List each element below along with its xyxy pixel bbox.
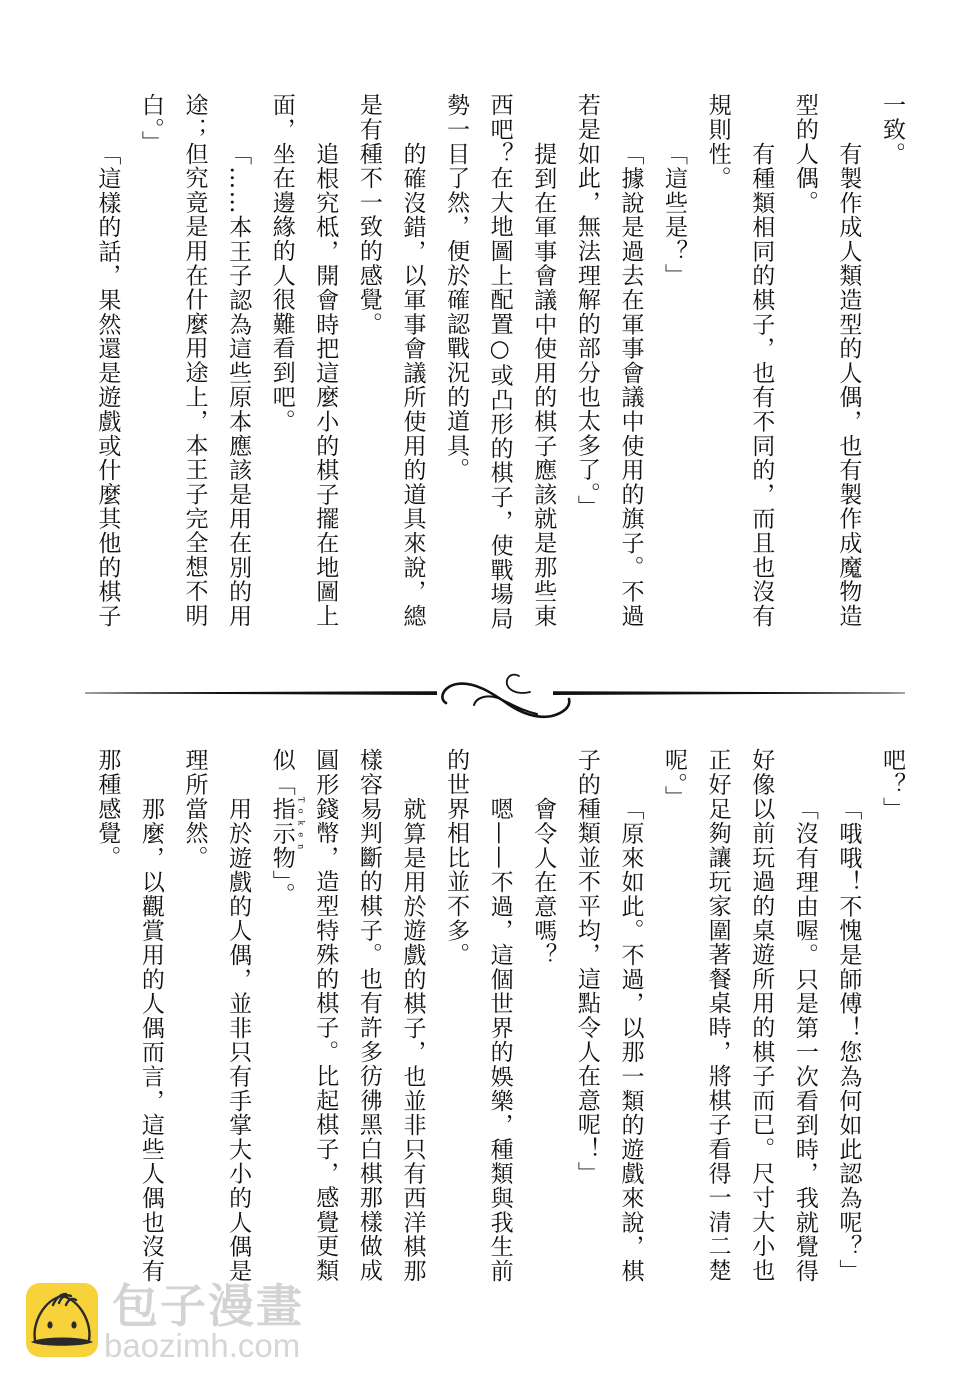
text-column: 追根究柢，開會時把這麼小的棋子擺在地圖上 xyxy=(303,93,347,628)
text-column: 若是如此，無法理解的部分也太多了。」 xyxy=(564,93,608,628)
text-column: 白。」 xyxy=(128,93,172,628)
text-column: 的確沒錯，以軍事會議所使用的道具來說，總 xyxy=(390,93,434,628)
text-column: 面，坐在邊緣的人很難看到吧。 xyxy=(259,93,303,628)
watermark-brand-name: 包子漫畫 xyxy=(112,1280,304,1332)
text-column: 呢。」 xyxy=(651,748,695,1283)
text-column: 「據說是過去在軍事會議中使用的旗子。不過 xyxy=(608,93,652,628)
text-column: 好像以前玩過的桌遊所用的棋子而已。尺寸大小也 xyxy=(739,748,783,1283)
text-column: 有製作成人類造型的人偶，也有製作成魔物造 xyxy=(826,93,870,628)
text-column: 提到在軍事會議中使用的棋子應該就是那些東 xyxy=(521,93,565,628)
text-column: 一致。 xyxy=(869,93,913,628)
ruby-base: 指示物 xyxy=(269,797,295,870)
text-column: 規則性。 xyxy=(695,93,739,628)
text-column: 正好足夠讓玩家圍著餐桌時，將棋子看得一清二楚 xyxy=(695,748,739,1283)
text-column: 途；但究竟是用在什麼用途上，本王子完全想不明 xyxy=(172,93,216,628)
text-segment: 」。 xyxy=(269,870,295,907)
text-column: 型的人偶。 xyxy=(782,93,826,628)
text-column: 理所當然。 xyxy=(172,748,216,1283)
ruby-text: Token xyxy=(297,797,305,869)
text-block-bottom: 吧？」 「哦哦！不愧是師傅！您為何如此認為呢？」 「沒有理由喔。只是第一次看到時… xyxy=(84,748,913,1283)
steamed-bun-icon xyxy=(26,1283,98,1357)
text-column: 是有種不一致的感覺。 xyxy=(346,93,390,628)
text-segment: 似「 xyxy=(269,748,295,797)
flourish-ornament-icon xyxy=(442,675,569,717)
text-column: 圓形錢幣，造型特殊的棋子。比起棋子，感覺更類 xyxy=(303,748,347,1283)
text-column: 「這樣的話，果然還是遊戲或什麼其他的棋子 xyxy=(85,93,129,628)
text-column: 用於遊戲的人偶，並非只有手掌大小的人偶是 xyxy=(216,748,260,1283)
text-column: 「哦哦！不愧是師傅！您為何如此認為呢？」 xyxy=(826,748,870,1283)
text-block-top: 一致。 有製作成人類造型的人偶，也有製作成魔物造 型的人偶。 有種類相同的棋子，… xyxy=(84,93,913,628)
text-column: 勢一目了然，便於確認戰況的道具。 xyxy=(433,93,477,628)
text-column: 會令人在意嗎？ xyxy=(521,748,565,1283)
divider-line-right xyxy=(553,691,905,695)
text-column: 吧？」 xyxy=(869,748,913,1283)
ruby-annotation: 指示物Token xyxy=(269,797,295,870)
text-column: 「……本王子認為這些原本應該是用在別的用 xyxy=(216,93,260,628)
text-column-with-ruby: 似「指示物Token」。 xyxy=(259,748,303,1283)
text-column: 有種類相同的棋子，也有不同的，而且也沒有 xyxy=(739,93,783,628)
text-column: 就算是用於遊戲的棋子，也並非只有西洋棋那 xyxy=(390,748,434,1283)
text-column: 樣容易判斷的棋子。也有許多彷彿黑白棋那樣做成 xyxy=(346,748,390,1283)
section-divider xyxy=(0,660,980,730)
text-column: 嗯——不過，這個世界的娛樂，種類與我生前 xyxy=(477,748,521,1283)
text-column: 子的種類並不平均，這點令人在意呢！」 xyxy=(564,748,608,1283)
text-column: 「這些是？」 xyxy=(651,93,695,628)
text-column: 那種感覺。 xyxy=(85,748,129,1283)
text-column: 那麼，以觀賞用的人偶而言，這些人偶也沒有 xyxy=(128,748,172,1283)
divider-line-left xyxy=(85,691,437,695)
text-column: 「原來如此。不過，以那一類的遊戲來說，棋 xyxy=(608,748,652,1283)
watermark-domain: baozimh.com xyxy=(104,1328,300,1364)
text-column: 的世界相比並不多。 xyxy=(433,748,477,1283)
text-column: 「沒有理由喔。只是第一次看到時，我就覺得 xyxy=(782,748,826,1283)
text-column: 西吧？在大地圖上配置○或凸形的棋子，使戰場局 xyxy=(477,93,521,628)
